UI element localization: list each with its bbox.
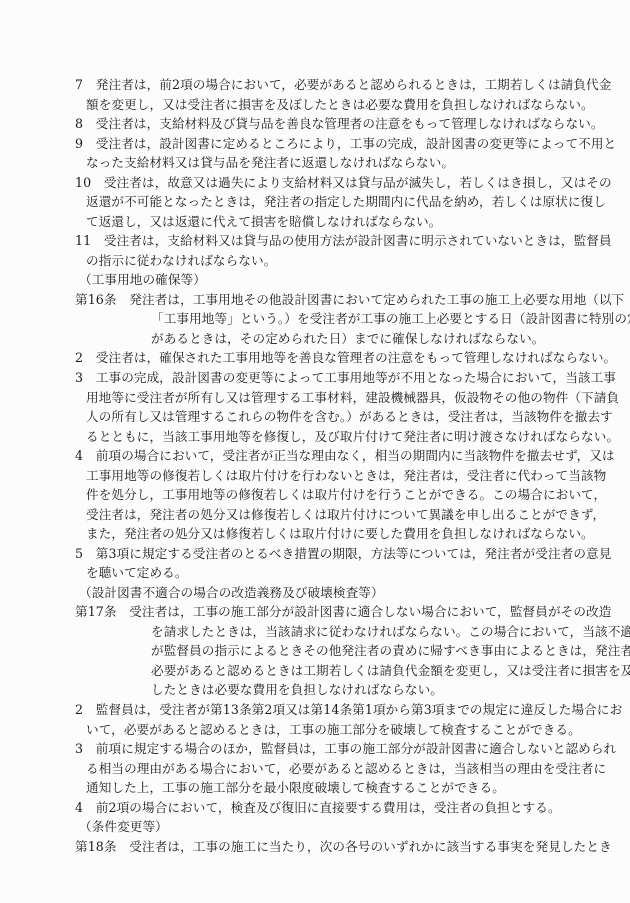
article-heading: （設計図書不適合の場合の改造義務及び破壊検査等） [75, 583, 559, 603]
article-line: 第18条 受注者は，工事の施工に当たり，次の各号のいずれかに該当する事実を発見し… [75, 837, 559, 857]
clause-line: 4 前項の場合において，受注者が正当な理由なく，相当の期間内に当該物件を撤去せず… [75, 446, 559, 466]
clause-line: 11 受注者は，支給材料又は貸与品の使用方法が設計図書に明示されていないときは，… [75, 231, 559, 251]
continuation-line: 額を変更し，又は受注者に損害を及ぼしたときは必要な費用を負担しなければならない。 [75, 95, 559, 115]
continuation-line: る相当の理由がある場合において，必要があると認めるときは，当該相当の理由を受注者… [75, 759, 559, 779]
continuation-line: 受注者は，発注者の処分又は修復若しくは取片付けについて異議を申し出ることができず… [75, 505, 559, 525]
article-line: 第16条 発注者は，工事用地その他設計図書において定められた工事の施工上必要な用… [75, 290, 559, 310]
document-page: 7 発注者は，前2項の場合において，必要があると認められるときは，工期若しくは請… [75, 75, 559, 856]
clause-line: 2 監督員は，受注者が第13条第2項又は第14条第1項から第3項までの規定に違反… [75, 700, 559, 720]
continuation-line: 工事用地等の修復若しくは取片付けを行わないときは，発注者は，受注者に代わって当該… [75, 466, 559, 486]
continuation-line: 用地等に受注者が所有し又は管理する工事材料，建設機械器具，仮設物その他の物件（下… [75, 388, 559, 408]
continuation-line: があるときは，その定められた日）までに確保しなければならない。 [75, 329, 559, 349]
continuation-line: 件を処分し，工事用地等の修復若しくは取片付けを行うことができる。この場合において… [75, 485, 559, 505]
continuation-line: を請求したときは，当該請求に従わなければならない。この場合において，当該不適合 [75, 622, 559, 642]
continuation-line: また，発注者の処分又は修復若しくは取片付けに要した費用を負担しなければならない。 [75, 524, 559, 544]
continuation-line: の指示に従わなければならない。 [75, 251, 559, 271]
clause-line: 9 受注者は，設計図書に定めるところにより，工事の完成，設計図書の変更等によって… [75, 134, 559, 154]
continuation-line: 「工事用地等」という。）を受注者が工事の施工上必要とする日（設計図書に特別の定め [75, 309, 559, 329]
continuation-line: したときは必要な費用を負担しなければならない。 [75, 680, 559, 700]
continuation-line: て返還し，又は返還に代えて損害を賠償しなければならない。 [75, 212, 559, 232]
article-heading: （工事用地の確保等） [75, 270, 559, 290]
continuation-line: が監督員の指示によるときその他発注者の責めに帰すべき事由によるときは，発注者は， [75, 641, 559, 661]
continuation-line: 通知した上，工事の施工部分を最小限度破壊して検査することができる。 [75, 778, 559, 798]
clause-line: 3 前項に規定する場合のほか，監督員は，工事の施工部分が設計図書に適合しないと認… [75, 739, 559, 759]
continuation-line: を聴いて定める。 [75, 563, 559, 583]
article-line: 第17条 受注者は，工事の施工部分が設計図書に適合しない場合において，監督員がそ… [75, 602, 559, 622]
clause-line: 4 前2項の場合において，検査及び復旧に直接要する費用は，受注者の負担とする。 [75, 798, 559, 818]
continuation-line: るとともに，当該工事用地等を修復し，及び取片付けて発注者に明け渡さなければならな… [75, 427, 559, 447]
clause-line: 3 工事の完成，設計図書の変更等によって工事用地等が不用となった場合において，当… [75, 368, 559, 388]
clause-line: 5 第3項に規定する受注者のとるべき措置の期限，方法等については，発注者が受注者… [75, 544, 559, 564]
continuation-line: 返還が不可能となったときは，発注者の指定した期間内に代品を納め，若しくは原状に復… [75, 192, 559, 212]
continuation-line: なった支給材料又は貸与品を発注者に返還しなければならない。 [75, 153, 559, 173]
continuation-line: いて，必要があると認めるときは，工事の施工部分を破壊して検査することができる。 [75, 720, 559, 740]
continuation-line: 必要があると認めるときは工期若しくは請負代金額を変更し，又は受注者に損害を及ぼ [75, 661, 559, 681]
article-heading: （条件変更等） [75, 817, 559, 837]
clause-line: 8 受注者は，支給材料及び貸与品を善良な管理者の注意をもって管理しなければならな… [75, 114, 559, 134]
clause-line: 2 受注者は，確保された工事用地等を善良な管理者の注意をもって管理しなければなら… [75, 348, 559, 368]
clause-line: 7 発注者は，前2項の場合において，必要があると認められるときは，工期若しくは請… [75, 75, 559, 95]
continuation-line: 人の所有し又は管理するこれらの物件を含む。）があるときは，受注者は，当該物件を撤… [75, 407, 559, 427]
clause-line: 10 受注者は，故意又は過失により支給材料又は貸与品が滅失し，若しくはき損し，又… [75, 173, 559, 193]
